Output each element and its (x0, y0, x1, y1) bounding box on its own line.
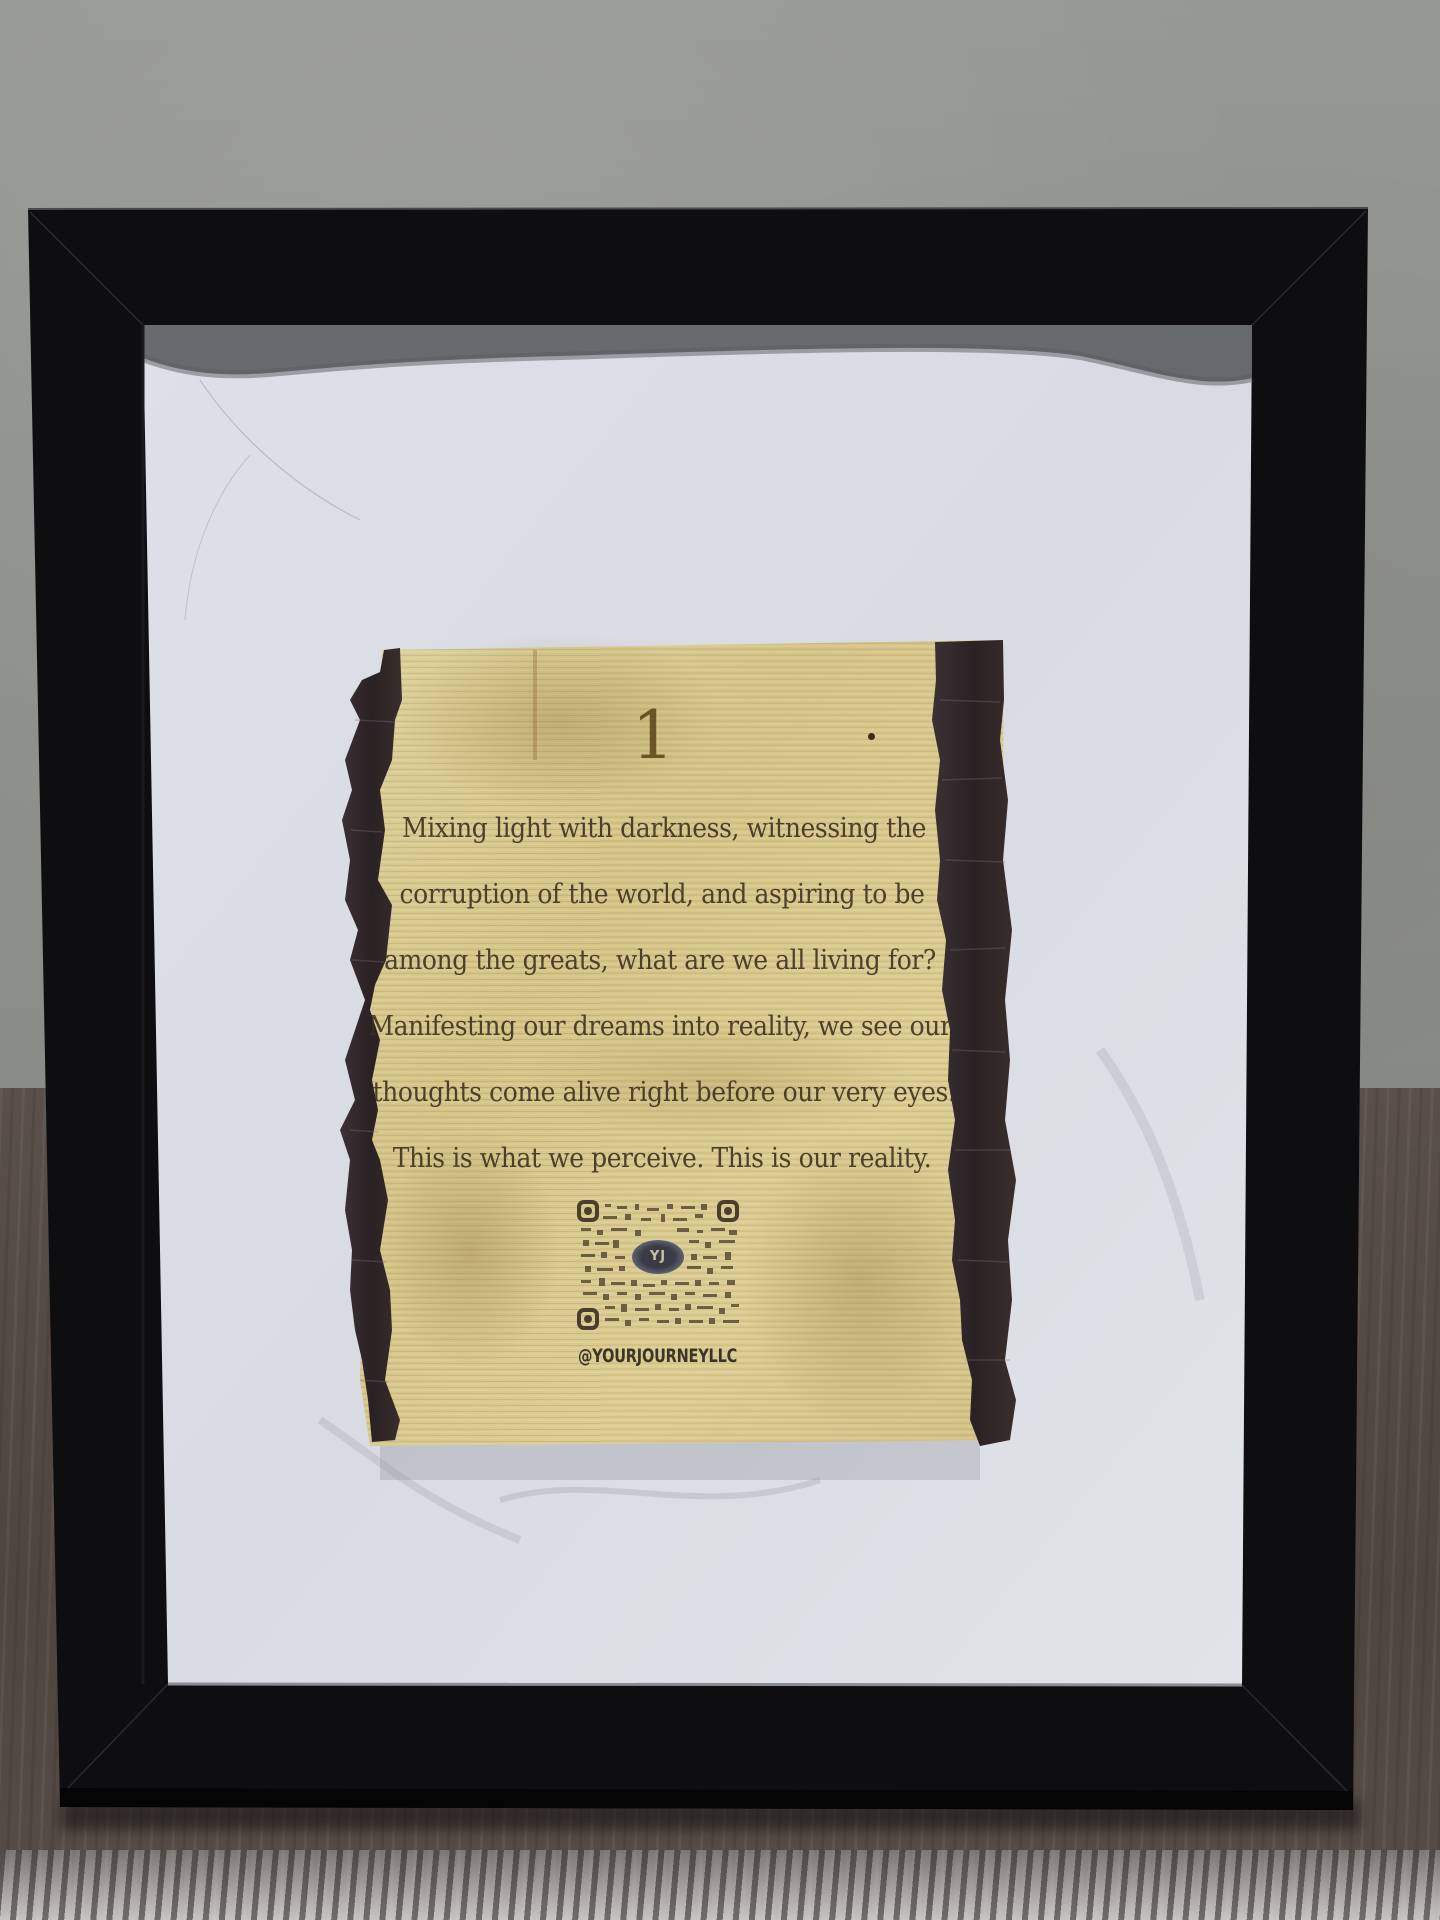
poem-line: corruption of the world, and aspiring to… (362, 858, 962, 931)
poem-line: Manifesting our dreams into reality, we … (360, 990, 960, 1063)
poem-line: among the greats, what are we all living… (360, 924, 960, 997)
page-number: 1 (632, 700, 672, 772)
social-handle: @YOURJOURNEYLLC (578, 1343, 748, 1372)
poem-line: Mixing light with darkness, witnessing t… (364, 792, 964, 865)
papyrus-poem: Mixing light with darkness, witnessing t… (370, 795, 970, 1191)
ink-speck (868, 733, 875, 740)
poem-line: thoughts come alive right before our ver… (364, 1056, 964, 1129)
poem-line: This is what we perceive. This is our re… (362, 1122, 962, 1195)
qr-logo-badge: YJ (632, 1240, 684, 1274)
